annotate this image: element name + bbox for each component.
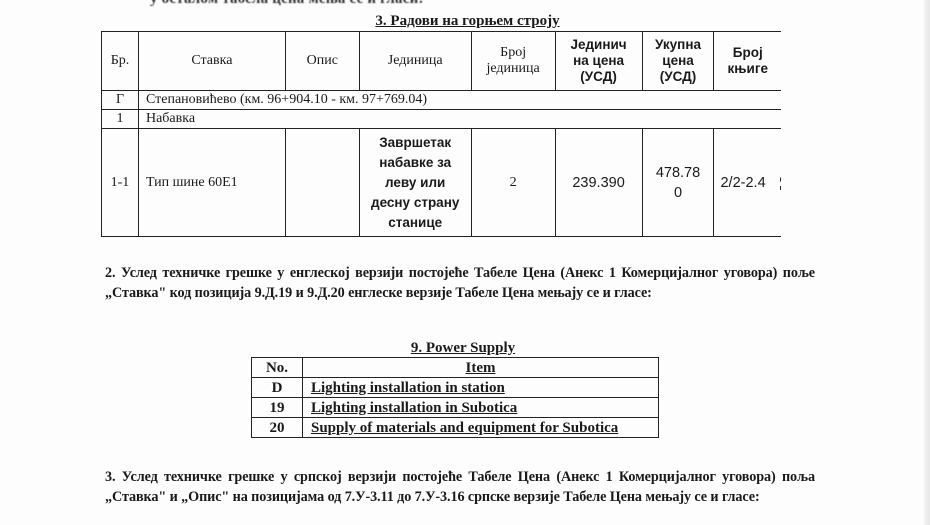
table-row: D Lighting installation in station	[252, 378, 659, 398]
col-header-item: Item	[303, 358, 659, 378]
cell-item: Lighting installation in station	[303, 378, 659, 398]
cell-no: 1	[102, 110, 139, 129]
page-edge	[924, 0, 930, 525]
clipped-top-line: у осталом табела цена мења се и гласи:	[150, 0, 424, 8]
cell-item: Supply of materials and equipment for Su…	[303, 418, 659, 438]
cell-no: Г	[102, 91, 139, 110]
table-header-row: No. Item	[252, 358, 659, 378]
cell-book-number: 2/2-2.4	[714, 129, 781, 237]
cell-no: 19	[252, 398, 303, 418]
cell-description	[285, 129, 359, 237]
paragraph-3: 3. Услед техничке грешке у српској верзи…	[105, 467, 815, 507]
col-header-total-price: Укупнацена(УСД)	[642, 32, 714, 91]
scanned-document-page: у осталом табела цена мења се и гласи: 3…	[0, 0, 930, 525]
col-header-item: Ставка	[138, 32, 285, 91]
section-title-power-supply: 9. Power Supply	[388, 340, 538, 357]
track-works-price-table: Бр. Ставка Опис Јединица Бројјединица Је…	[101, 31, 781, 237]
cell-item: Lighting installation in Subotica	[303, 398, 659, 418]
cell-item: Тип шине 60Е1	[138, 129, 285, 237]
cell-unit: Завршетак набавке за леву или десну стра…	[359, 129, 471, 237]
col-header-unit: Јединица	[359, 32, 471, 91]
table-header-row: Бр. Ставка Опис Јединица Бројјединица Је…	[102, 32, 782, 91]
table-row: 20 Supply of materials and equipment for…	[252, 418, 659, 438]
col-header-no: No.	[252, 358, 303, 378]
cell-item: Степановићево (км. 96+904.10 - км. 97+76…	[138, 91, 781, 110]
table-row: 19 Lighting installation in Subotica	[252, 398, 659, 418]
cell-item: Набавка	[138, 110, 781, 129]
col-header-book-number: Бројкњиге	[714, 32, 781, 91]
table-row: 1-1 Тип шине 60Е1 Завршетак набавке за л…	[102, 129, 782, 237]
col-header-no: Бр.	[102, 32, 139, 91]
cell-no: 1-1	[102, 129, 139, 237]
paragraph-2: 2. Услед техничке грешке у енглеској вер…	[105, 263, 815, 303]
scan-artifact-mark: ¦	[779, 176, 782, 192]
cell-no: D	[252, 378, 303, 398]
section-title-track-works: 3. Радови на горњем строју	[330, 13, 605, 30]
col-header-unit-price: Јединична цена(УСД)	[555, 32, 642, 91]
col-header-description: Опис	[285, 32, 359, 91]
col-header-quantity: Бројјединица	[471, 32, 555, 91]
power-supply-table: No. Item D Lighting installation in stat…	[251, 357, 659, 438]
table-row: 1 Набавка	[102, 110, 782, 129]
cell-no: 20	[252, 418, 303, 438]
cell-total-price: 478.780	[642, 129, 714, 237]
table-row: Г Степановићево (км. 96+904.10 - км. 97+…	[102, 91, 782, 110]
cell-quantity: 2	[471, 129, 555, 237]
cell-unit-price: 239.390	[555, 129, 642, 237]
